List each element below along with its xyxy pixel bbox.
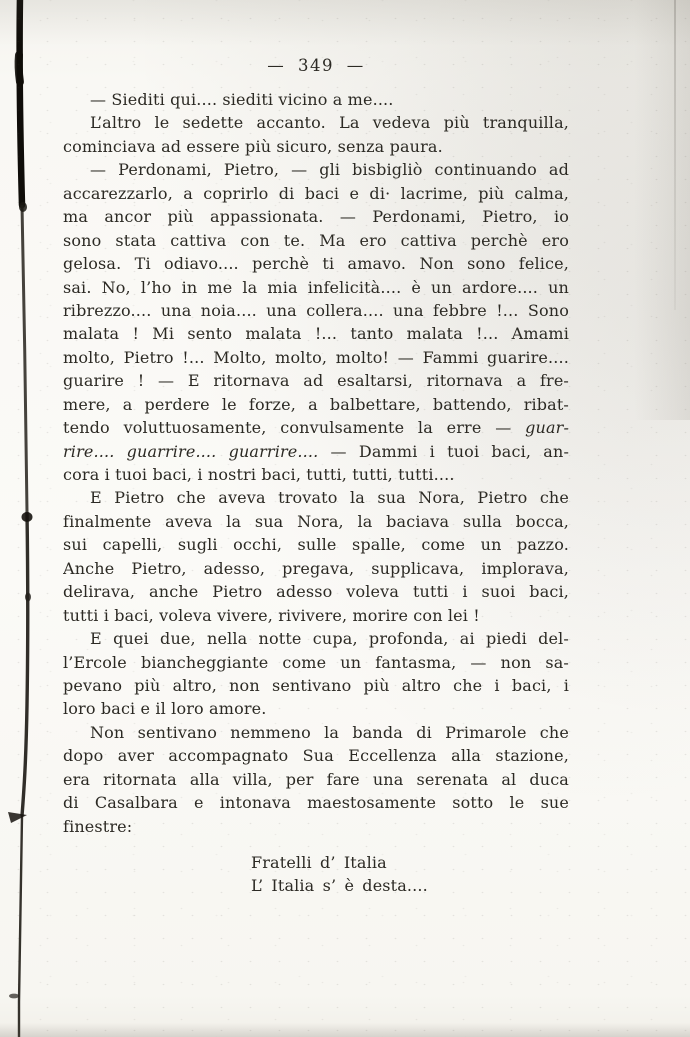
text-line: finestre: [63, 815, 569, 838]
text-line: L’altro le sedette accanto. La vedeva pi… [63, 111, 569, 134]
text-segment: cominciava ad essere più sicuro, senza p… [63, 137, 443, 156]
scan-shadow-right [634, 0, 690, 420]
text-line: di Casalbara e intonava maestosamente so… [63, 791, 569, 814]
text-segment: finalmente aveva la sua Nora, la baciava… [63, 512, 569, 531]
text-segment: l’Ercole biancheggiante come un fantasma… [63, 653, 569, 672]
text-line: tutti i baci, voleva vivere, rivivere, m… [63, 604, 569, 627]
text-segment: — Dammi i tuoi baci, an- [318, 442, 569, 461]
text-segment: loro baci e il loro amore. [63, 699, 267, 718]
text-segment: E Pietro che aveva trovato la sua Nora, … [90, 488, 569, 507]
text-line: rire.... guarrire.... guarrire.... — Dam… [63, 440, 569, 463]
text-segment: sono stata cattiva con te. Ma ero cattiv… [63, 231, 569, 250]
text-line: sai. No, l’ho in me la mia infelicità...… [63, 276, 569, 299]
text-line: molto, Pietro !... Molto, molto, molto! … [63, 346, 569, 369]
text-segment: delirava, anche Pietro adesso voleva tut… [63, 582, 569, 601]
italic-text-segment: guar- [525, 418, 569, 437]
text-line: mere, a perdere le forze, a balbettare, … [63, 393, 569, 416]
scanned-book-page: — 349 — — Siediti qui.... siediti vicino… [0, 0, 690, 1037]
verse: Fratelli d’ ItaliaL’ Italia s’ è desta..… [251, 851, 569, 898]
text-line: cominciava ad essere più sicuro, senza p… [63, 135, 569, 158]
text-line: era ritornata alla villa, per fare una s… [63, 768, 569, 791]
text-line: l’Ercole biancheggiante come un fantasma… [63, 651, 569, 674]
text-line: E Pietro che aveva trovato la sua Nora, … [63, 486, 569, 509]
text-segment: tendo voluttuosamente, convulsamente la … [63, 418, 525, 437]
text-line: sono stata cattiva con te. Ma ero cattiv… [63, 229, 569, 252]
text-segment: guarire ! — E ritornava ad esaltarsi, ri… [63, 371, 569, 390]
verse-line: Fratelli d’ Italia [251, 851, 569, 874]
text-line: pevano più altro, non sentivano più altr… [63, 674, 569, 697]
text-line: finalmente aveva la sua Nora, la baciava… [63, 510, 569, 533]
text-line: dopo aver accompagnato Sua Eccellenza al… [63, 744, 569, 767]
text-segment: finestre: [63, 817, 132, 836]
text-line: sui capelli, sugli occhi, sulle spalle, … [63, 533, 569, 556]
verse-line: L’ Italia s’ è desta.... [251, 874, 569, 897]
text-line: guarire ! — E ritornava ad esaltarsi, ri… [63, 369, 569, 392]
text-segment: — Siediti qui.... siediti vicino a me...… [90, 90, 394, 109]
text-segment: — Perdonami, Pietro, — gli bisbigliò con… [90, 160, 569, 179]
text-line: Non sentivano nemmeno la banda di Primar… [63, 721, 569, 744]
text-line: — Perdonami, Pietro, — gli bisbigliò con… [63, 158, 569, 181]
text-segment: dopo aver accompagnato Sua Eccellenza al… [63, 746, 569, 765]
text-segment: tutti i baci, voleva vivere, rivivere, m… [63, 606, 480, 625]
scan-shadow-bottom [0, 1023, 690, 1037]
page-edge-line-icon [674, 0, 676, 310]
text-line: Anche Pietro, adesso, pregava, supplicav… [63, 557, 569, 580]
text-line: — Siediti qui.... siediti vicino a me...… [63, 88, 569, 111]
text-segment: E quei due, nella notte cupa, profonda, … [90, 629, 569, 648]
text-segment: pevano più altro, non sentivano più altr… [63, 676, 569, 695]
text-segment: cora i tuoi baci, i nostri baci, tutti, … [63, 465, 455, 484]
body-text: — Siediti qui.... siediti vicino a me...… [63, 88, 569, 898]
text-line: tendo voluttuosamente, convulsamente la … [63, 416, 569, 439]
scan-shadow-top [0, 0, 690, 46]
text-segment: L’altro le sedette accanto. La vedeva pi… [90, 113, 569, 132]
text-segment: accarezzarlo, a coprirlo di baci e di· l… [63, 184, 569, 203]
text-line: cora i tuoi baci, i nostri baci, tutti, … [63, 463, 569, 486]
text-segment: molto, Pietro !... Molto, molto, molto! … [63, 348, 569, 367]
text-segment: gelosa. Ti odiavo.... perchè ti amavo. N… [63, 254, 569, 273]
text-segment: sai. No, l’ho in me la mia infelicità...… [63, 278, 569, 297]
text-segment: Anche Pietro, adesso, pregava, supplicav… [63, 559, 569, 578]
text-line: ma ancor più appassionata. — Perdonami, … [63, 205, 569, 228]
text-line: ribrezzo.... una noia.... una collera...… [63, 299, 569, 322]
text-segment: malata ! Mi sento malata !... tanto mala… [63, 324, 569, 343]
text-segment: ribrezzo.... una noia.... una collera...… [63, 301, 569, 320]
text-line: delirava, anche Pietro adesso voleva tut… [63, 580, 569, 603]
text-line: E quei due, nella notte cupa, profonda, … [63, 627, 569, 650]
text-line: malata ! Mi sento malata !... tanto mala… [63, 322, 569, 345]
text-line: gelosa. Ti odiavo.... perchè ti amavo. N… [63, 252, 569, 275]
page-number-header: — 349 — [63, 56, 569, 75]
italic-text-segment: rire.... guarrire.... guarrire.... [63, 442, 318, 461]
text-segment: di Casalbara e intonava maestosamente so… [63, 793, 569, 812]
text-segment: mere, a perdere le forze, a balbettare, … [63, 395, 569, 414]
text-segment: ma ancor più appassionata. — Perdonami, … [63, 207, 569, 226]
text-segment: Non sentivano nemmeno la banda di Primar… [90, 723, 569, 742]
text-segment: era ritornata alla villa, per fare una s… [63, 770, 569, 789]
text-line: loro baci e il loro amore. [63, 697, 569, 720]
text-line: accarezzarlo, a coprirlo di baci e di· l… [63, 182, 569, 205]
book-spine-binding-mark-icon [0, 0, 44, 1037]
text-segment: sui capelli, sugli occhi, sulle spalle, … [63, 535, 569, 554]
